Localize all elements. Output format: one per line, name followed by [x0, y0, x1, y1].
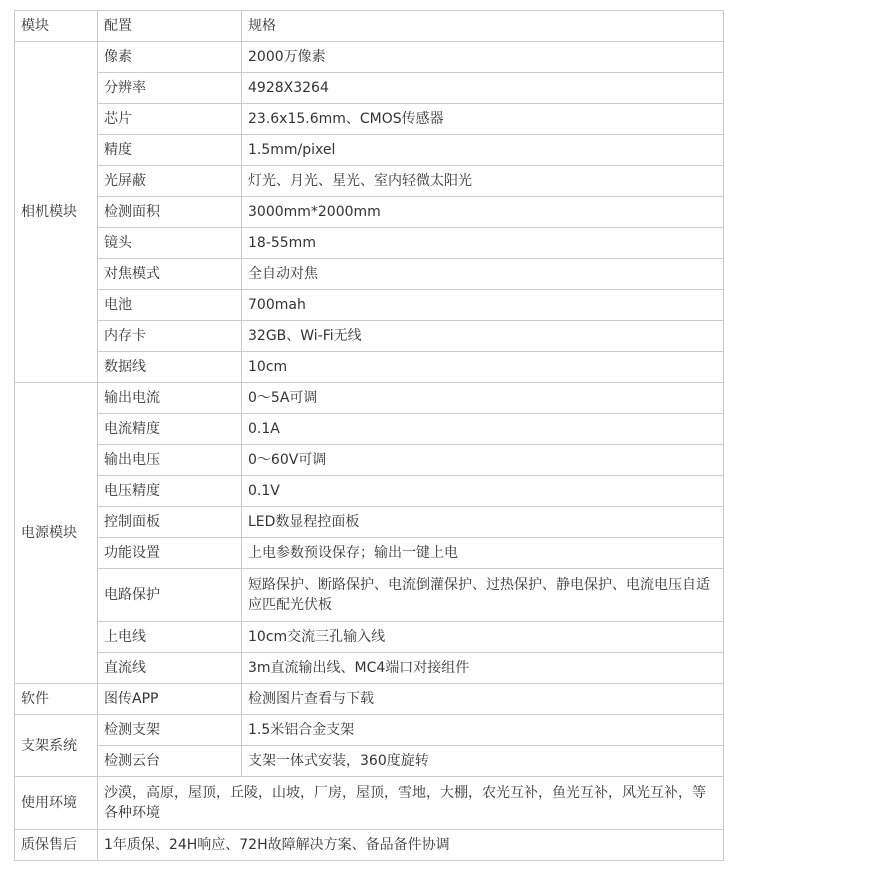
config-cell: 电路保护 [98, 569, 242, 622]
spec-cell: 支架一体式安装，360度旋转 [242, 746, 724, 777]
spec-cell: 2000万像素 [242, 42, 724, 73]
table-row: 内存卡 32GB、Wi-Fi无线 [15, 321, 724, 352]
module-cell-warranty: 质保售后 [15, 830, 98, 861]
config-cell: 电压精度 [98, 476, 242, 507]
config-cell: 分辨率 [98, 73, 242, 104]
module-cell-software: 软件 [15, 684, 98, 715]
spec-cell: 23.6x15.6mm、CMOS传感器 [242, 104, 724, 135]
spec-cell: 18-55mm [242, 228, 724, 259]
config-cell: 控制面板 [98, 507, 242, 538]
spec-cell: 3000mm*2000mm [242, 197, 724, 228]
table-row: 上电线 10cm交流三孔输入线 [15, 622, 724, 653]
config-cell: 精度 [98, 135, 242, 166]
config-cell: 电流精度 [98, 414, 242, 445]
module-cell-environment: 使用环境 [15, 777, 98, 830]
spec-cell: 灯光、月光、星光、室内轻微太阳光 [242, 166, 724, 197]
table-row: 检测云台 支架一体式安装，360度旋转 [15, 746, 724, 777]
spec-cell: 10cm [242, 352, 724, 383]
spec-cell: 0～5A可调 [242, 383, 724, 414]
table-row: 直流线 3m直流输出线、MC4端口对接组件 [15, 653, 724, 684]
config-cell: 输出电流 [98, 383, 242, 414]
config-cell: 检测支架 [98, 715, 242, 746]
table-row: 支架系统 检测支架 1.5米铝合金支架 [15, 715, 724, 746]
config-cell: 数据线 [98, 352, 242, 383]
table-row: 电压精度 0.1V [15, 476, 724, 507]
spec-cell: 1.5米铝合金支架 [242, 715, 724, 746]
config-cell: 光屏蔽 [98, 166, 242, 197]
table-row: 光屏蔽 灯光、月光、星光、室内轻微太阳光 [15, 166, 724, 197]
table-row: 分辨率 4928X3264 [15, 73, 724, 104]
config-cell: 直流线 [98, 653, 242, 684]
spec-cell: LED数显程控面板 [242, 507, 724, 538]
config-cell: 像素 [98, 42, 242, 73]
spec-cell: 0.1A [242, 414, 724, 445]
table-row: 控制面板 LED数显程控面板 [15, 507, 724, 538]
header-spec: 规格 [242, 11, 724, 42]
spec-cell: 1.5mm/pixel [242, 135, 724, 166]
header-config: 配置 [98, 11, 242, 42]
module-cell-bracket: 支架系统 [15, 715, 98, 777]
table-row: 软件 图传APP 检测图片查看与下载 [15, 684, 724, 715]
table-row: 功能设置 上电参数预设保存；输出一键上电 [15, 538, 724, 569]
header-module: 模块 [15, 11, 98, 42]
module-cell-power: 电源模块 [15, 383, 98, 684]
spec-cell: 3m直流输出线、MC4端口对接组件 [242, 653, 724, 684]
table-row: 数据线 10cm [15, 352, 724, 383]
table-row: 电源模块 输出电流 0～5A可调 [15, 383, 724, 414]
table-row: 质保售后 1年质保、24H响应、72H故障解决方案、备品备件协调 [15, 830, 724, 861]
spec-cell: 检测图片查看与下载 [242, 684, 724, 715]
config-cell: 检测云台 [98, 746, 242, 777]
spec-table: 模块 配置 规格 相机模块 像素 2000万像素 分辨率 4928X3264 芯… [14, 10, 724, 861]
table-row: 相机模块 像素 2000万像素 [15, 42, 724, 73]
table-row: 电池 700mah [15, 290, 724, 321]
spec-cell: 上电参数预设保存；输出一键上电 [242, 538, 724, 569]
table-row: 芯片 23.6x15.6mm、CMOS传感器 [15, 104, 724, 135]
table-row: 检测面积 3000mm*2000mm [15, 197, 724, 228]
table-row: 电路保护 短路保护、断路保护、电流倒灌保护、过热保护、静电保护、电流电压自适应匹… [15, 569, 724, 622]
table-row: 镜头 18-55mm [15, 228, 724, 259]
config-cell: 对焦模式 [98, 259, 242, 290]
spec-cell: 短路保护、断路保护、电流倒灌保护、过热保护、静电保护、电流电压自适应匹配光伏板 [242, 569, 724, 622]
config-cell: 上电线 [98, 622, 242, 653]
config-cell: 内存卡 [98, 321, 242, 352]
table-row: 对焦模式 全自动对焦 [15, 259, 724, 290]
table-row: 使用环境 沙漠，高原，屋顶，丘陵，山坡，厂房，屋顶，雪地，大棚，农光互补，鱼光互… [15, 777, 724, 830]
config-cell: 电池 [98, 290, 242, 321]
spec-cell-warranty: 1年质保、24H响应、72H故障解决方案、备品备件协调 [98, 830, 724, 861]
table-row: 输出电压 0～60V可调 [15, 445, 724, 476]
config-cell: 检测面积 [98, 197, 242, 228]
spec-cell: 全自动对焦 [242, 259, 724, 290]
config-cell: 图传APP [98, 684, 242, 715]
config-cell: 芯片 [98, 104, 242, 135]
spec-cell: 0～60V可调 [242, 445, 724, 476]
spec-cell: 32GB、Wi-Fi无线 [242, 321, 724, 352]
table-row: 精度 1.5mm/pixel [15, 135, 724, 166]
config-cell: 功能设置 [98, 538, 242, 569]
config-cell: 输出电压 [98, 445, 242, 476]
spec-cell-environment: 沙漠，高原，屋顶，丘陵，山坡，厂房，屋顶，雪地，大棚，农光互补，鱼光互补，风光互… [98, 777, 724, 830]
module-cell-camera: 相机模块 [15, 42, 98, 383]
spec-cell: 10cm交流三孔输入线 [242, 622, 724, 653]
config-cell: 镜头 [98, 228, 242, 259]
table-header-row: 模块 配置 规格 [15, 11, 724, 42]
spec-cell: 700mah [242, 290, 724, 321]
spec-cell: 4928X3264 [242, 73, 724, 104]
table-row: 电流精度 0.1A [15, 414, 724, 445]
spec-cell: 0.1V [242, 476, 724, 507]
